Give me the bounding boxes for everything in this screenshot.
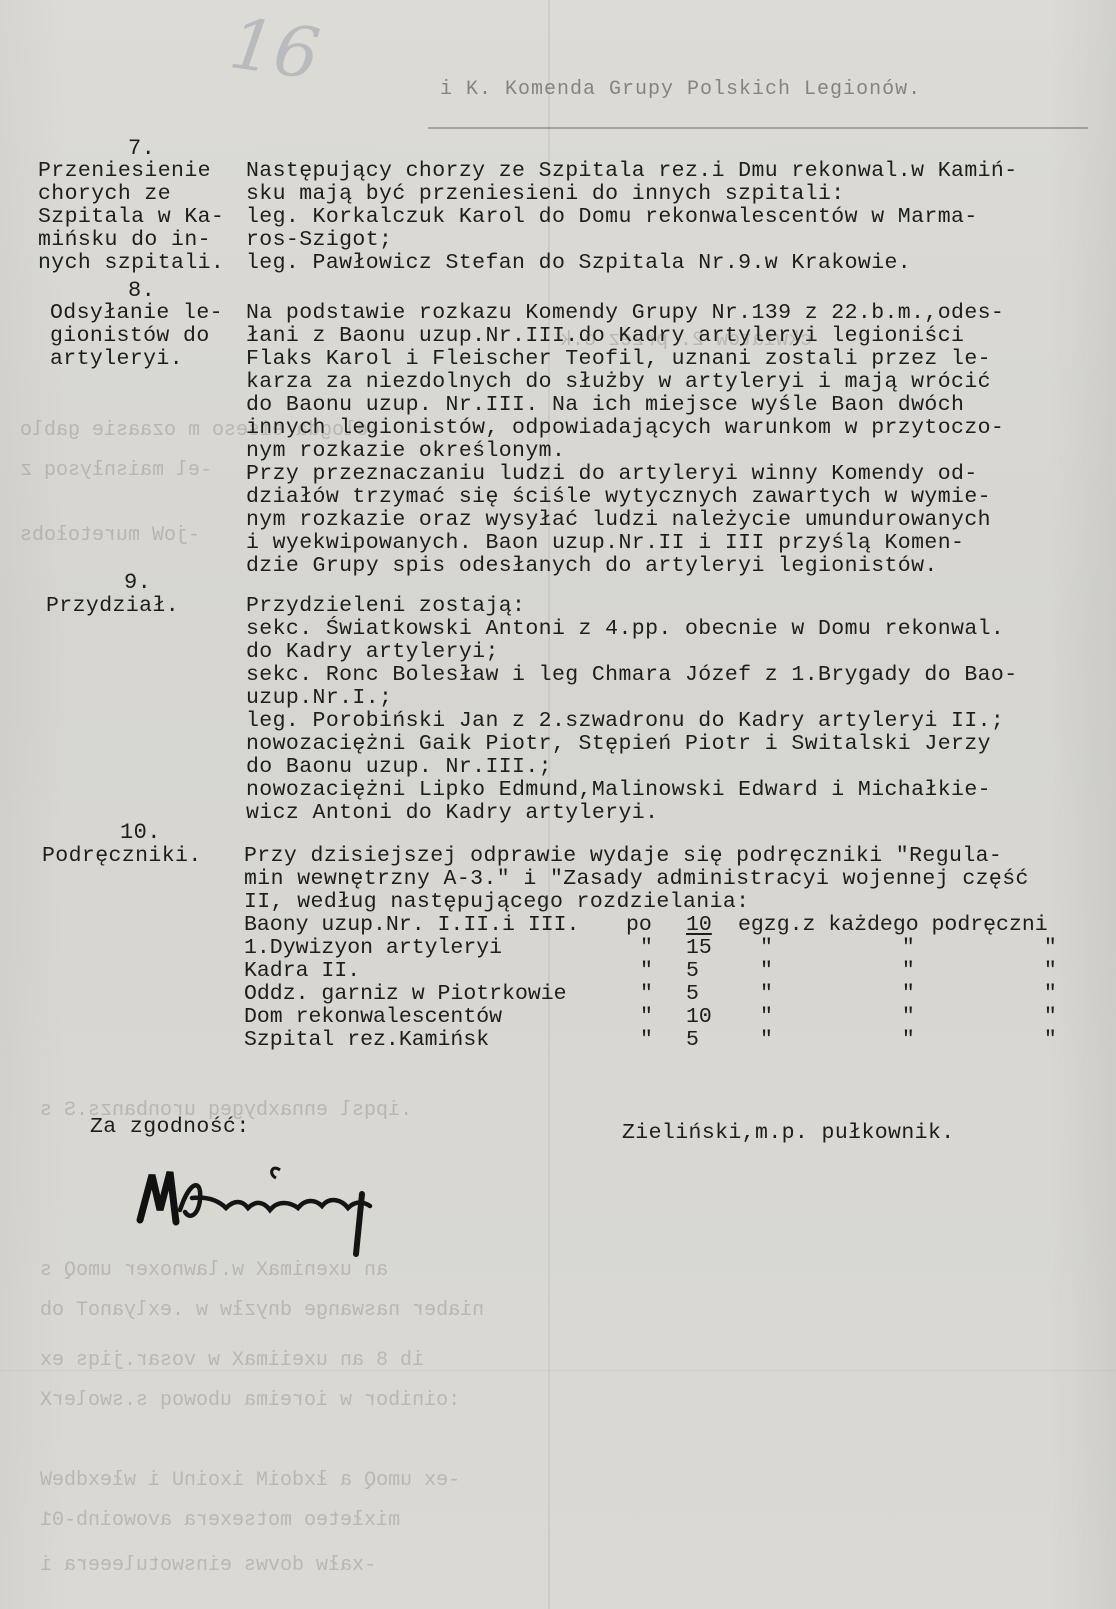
section-body-line: min wewnętrzny A-3." i "Zasady administr… — [244, 868, 1029, 890]
unit-name: Oddz. garniz w Piotrkowie — [244, 983, 567, 1005]
section-title-line: Przydział. — [46, 595, 179, 617]
unit-name: Kadra II. — [244, 960, 360, 982]
section-title-line: gionistów do — [50, 325, 210, 347]
prefix: " — [640, 983, 653, 1005]
section-body-line: wicz Antoni do Kadry artyleryi. — [246, 802, 658, 824]
section-body-line: nym rozkazie oraz wysyłać ludzi należyci… — [246, 509, 991, 531]
copy-count: 5 — [686, 960, 699, 982]
unit-name: 1.Dywizyon artyleryi — [244, 937, 502, 959]
section-title-line: Przeniesienie — [38, 160, 211, 182]
section-title-line: artyleryi. — [50, 348, 183, 370]
section-body-line: innych legionistów, odpowiadających waru… — [246, 417, 1004, 439]
section-body-line: II, według następującego rozdzielania: — [244, 891, 749, 913]
copy-count: 10 — [686, 914, 712, 936]
section-title-line: chorych ze — [38, 183, 171, 205]
section-body-line: ros-Szigot; — [246, 229, 392, 251]
section-body-line: sekc. Światkowski Antoni z 4.pp. obecnie… — [246, 618, 1004, 640]
attestation-label: Za zgodność: — [90, 1116, 250, 1138]
row-tail: egzg.z każdego podręczni — [738, 914, 1048, 936]
section-title-line: nych szpitali. — [38, 252, 224, 274]
section-body-line: leg. Porobiński Jan z 2.szwadronu do Kad… — [246, 710, 1004, 732]
section-number: 10. — [120, 822, 161, 844]
row-tail: " " " — [760, 960, 1057, 982]
header-rule — [428, 127, 1088, 129]
section-title-line: Szpitala w Ka- — [38, 206, 224, 228]
section-body-line: leg. Pawłowicz Stefan do Szpitala Nr.9.w… — [246, 252, 911, 274]
unit-name: Szpital rez.Kamińsk — [244, 1029, 489, 1051]
prefix: po — [626, 914, 652, 936]
section-body-line: nowozaciężni Gaik Piotr, Stępień Piotr i… — [246, 733, 991, 755]
section-title-line: mińsku do in- — [38, 229, 211, 251]
section-body-line: Następujący chorzy ze Szpitala rez.i Dmu… — [246, 160, 1018, 182]
section-number: 7. — [128, 138, 155, 160]
section-body-line: nym rozkazie określonym. — [246, 440, 565, 462]
prefix: " — [640, 937, 653, 959]
copy-count: 10 — [686, 1006, 712, 1028]
unit-name: Baony uzup.Nr. I.II.i III. — [244, 914, 579, 936]
section-body-line: sku mają być przeniesieni do innych szpi… — [246, 183, 845, 205]
section-body-line: łani z Baonu uzup.Nr.III.do Kadry artyle… — [246, 325, 964, 347]
section-number: 9. — [124, 572, 151, 594]
section-body-line: sekc. Ronc Bolesław i leg Chmara Józef z… — [246, 664, 1018, 686]
section-body-line: do Baonu uzup. Nr.III. Na ich miejsce wy… — [246, 394, 964, 416]
pencil-page-number: 16 — [225, 2, 325, 96]
section-body-line: Na podstawie rozkazu Komendy Grupy Nr.13… — [246, 302, 1004, 324]
document-header: i K. Komenda Grupy Polskich Legionów. — [440, 78, 921, 101]
section-body-line: nowozaciężni Lipko Edmund,Malinowski Edw… — [246, 779, 991, 801]
section-body-line: uzup.Nr.I.; — [246, 687, 392, 709]
section-body-line: i wyekwipowanych. Baon uzup.Nr.II i III … — [246, 532, 964, 554]
copy-count: 5 — [686, 1029, 699, 1051]
row-tail: " " " — [760, 1006, 1057, 1028]
section-number: 8. — [128, 280, 155, 302]
section-body-line: do Baonu uzup. Nr.III.; — [246, 756, 552, 778]
copy-count: 5 — [686, 983, 699, 1005]
unit-name: Dom rekonwalescentów — [244, 1006, 502, 1028]
section-body-line: działów trzymać się ściśle wytycznych za… — [246, 486, 991, 508]
prefix: " — [640, 1029, 653, 1051]
section-body-line: Przy dzisiejszej odprawie wydaje się pod… — [244, 845, 1002, 867]
row-tail: " " " — [760, 1029, 1057, 1051]
signatory-line: Zieliński,m.p. pułkownik. — [622, 1122, 955, 1144]
copy-count: 15 — [686, 937, 712, 959]
section-body-line: do Kadry artyleryi; — [246, 641, 499, 663]
section-body-line: dzie Grupy spis odesłanych do artyleryi … — [246, 555, 938, 577]
prefix: " — [640, 1006, 653, 1028]
section-title-line: Odsyłanie le- — [50, 302, 223, 324]
section-body-line: leg. Korkalczuk Karol do Domu rekonwales… — [246, 206, 978, 228]
row-tail: " " " — [760, 937, 1057, 959]
section-body-line: Flaks Karol i Fleischer Teofil, uznani z… — [246, 348, 991, 370]
section-body-line: Przy przeznaczaniu ludzi do artyleryi wi… — [246, 463, 978, 485]
handwritten-signature — [130, 1150, 390, 1260]
row-tail: " " " — [760, 983, 1057, 1005]
section-title-line: Podręczniki. — [42, 845, 202, 867]
section-body-line: karza za niezdolnych do służby w artyler… — [246, 371, 991, 393]
prefix: " — [640, 960, 653, 982]
section-body-line: Przydzieleni zostają: — [246, 595, 525, 617]
